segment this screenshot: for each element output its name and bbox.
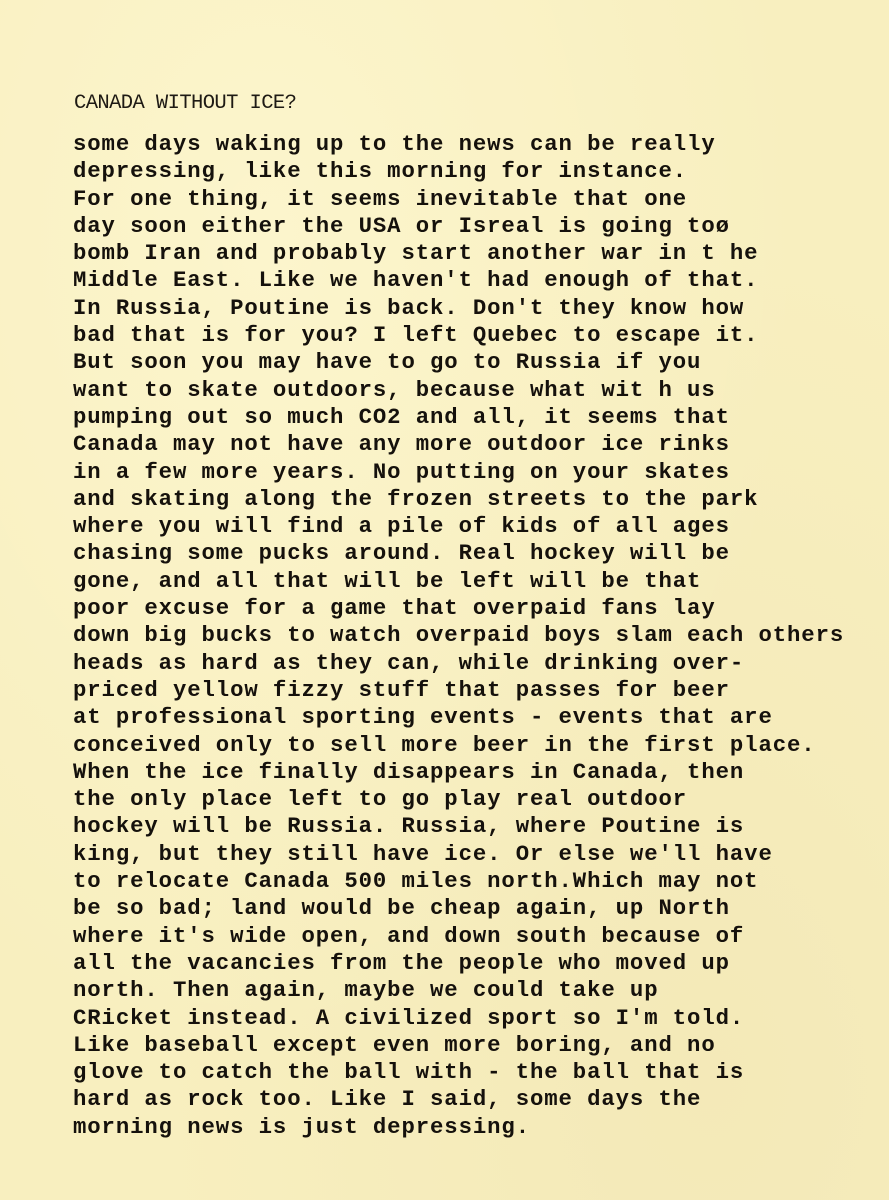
document-title: CANADA WITHOUT ICE?	[74, 92, 296, 115]
text-line: want to skate outdoors, because what wit…	[73, 377, 844, 404]
text-line: king, but they still have ice. Or else w…	[73, 841, 844, 868]
text-line: pumping out so much CO2 and all, it seem…	[73, 404, 844, 431]
text-line: conceived only to sell more beer in the …	[73, 732, 844, 759]
text-line: In Russia, Poutine is back. Don't they k…	[73, 295, 844, 322]
text-line: at professional sporting events - events…	[73, 704, 844, 731]
text-line: where it's wide open, and down south bec…	[73, 923, 844, 950]
text-line: For one thing, it seems inevitable that …	[73, 186, 844, 213]
text-line: gone, and all that will be left will be …	[73, 568, 844, 595]
text-line: down big bucks to watch overpaid boys sl…	[73, 622, 844, 649]
text-line: bad that is for you? I left Quebec to es…	[73, 322, 844, 349]
text-line: in a few more years. No putting on your …	[73, 459, 844, 486]
text-line: priced yellow fizzy stuff that passes fo…	[73, 677, 844, 704]
text-line: chasing some pucks around. Real hockey w…	[73, 540, 844, 567]
text-line: But soon you may have to go to Russia if…	[73, 349, 844, 376]
text-line: depressing, like this morning for instan…	[73, 158, 844, 185]
typewritten-page: CANADA WITHOUT ICE? some days waking up …	[0, 0, 889, 1200]
text-line: the only place left to go play real outd…	[73, 786, 844, 813]
text-line: be so bad; land would be cheap again, up…	[73, 895, 844, 922]
text-line: to relocate Canada 500 miles north.Which…	[73, 868, 844, 895]
text-line: some days waking up to the news can be r…	[73, 131, 844, 158]
text-line: poor excuse for a game that overpaid fan…	[73, 595, 844, 622]
text-line: CRicket instead. A civilized sport so I'…	[73, 1005, 844, 1032]
text-line: and skating along the frozen streets to …	[73, 486, 844, 513]
text-line: all the vacancies from the people who mo…	[73, 950, 844, 977]
text-line: Canada may not have any more outdoor ice…	[73, 431, 844, 458]
text-line: hard as rock too. Like I said, some days…	[73, 1086, 844, 1113]
text-line: Like baseball except even more boring, a…	[73, 1032, 844, 1059]
text-line: heads as hard as they can, while drinkin…	[73, 650, 844, 677]
text-line: bomb Iran and probably start another war…	[73, 240, 844, 267]
text-line: Middle East. Like we haven't had enough …	[73, 267, 844, 294]
text-line: hockey will be Russia. Russia, where Pou…	[73, 813, 844, 840]
text-line: morning news is just depressing.	[73, 1114, 844, 1141]
document-body: some days waking up to the news can be r…	[73, 131, 844, 1141]
text-line: where you will find a pile of kids of al…	[73, 513, 844, 540]
text-line: glove to catch the ball with - the ball …	[73, 1059, 844, 1086]
text-line: north. Then again, maybe we could take u…	[73, 977, 844, 1004]
text-line: day soon either the USA or Isreal is goi…	[73, 213, 844, 240]
text-line: When the ice finally disappears in Canad…	[73, 759, 844, 786]
